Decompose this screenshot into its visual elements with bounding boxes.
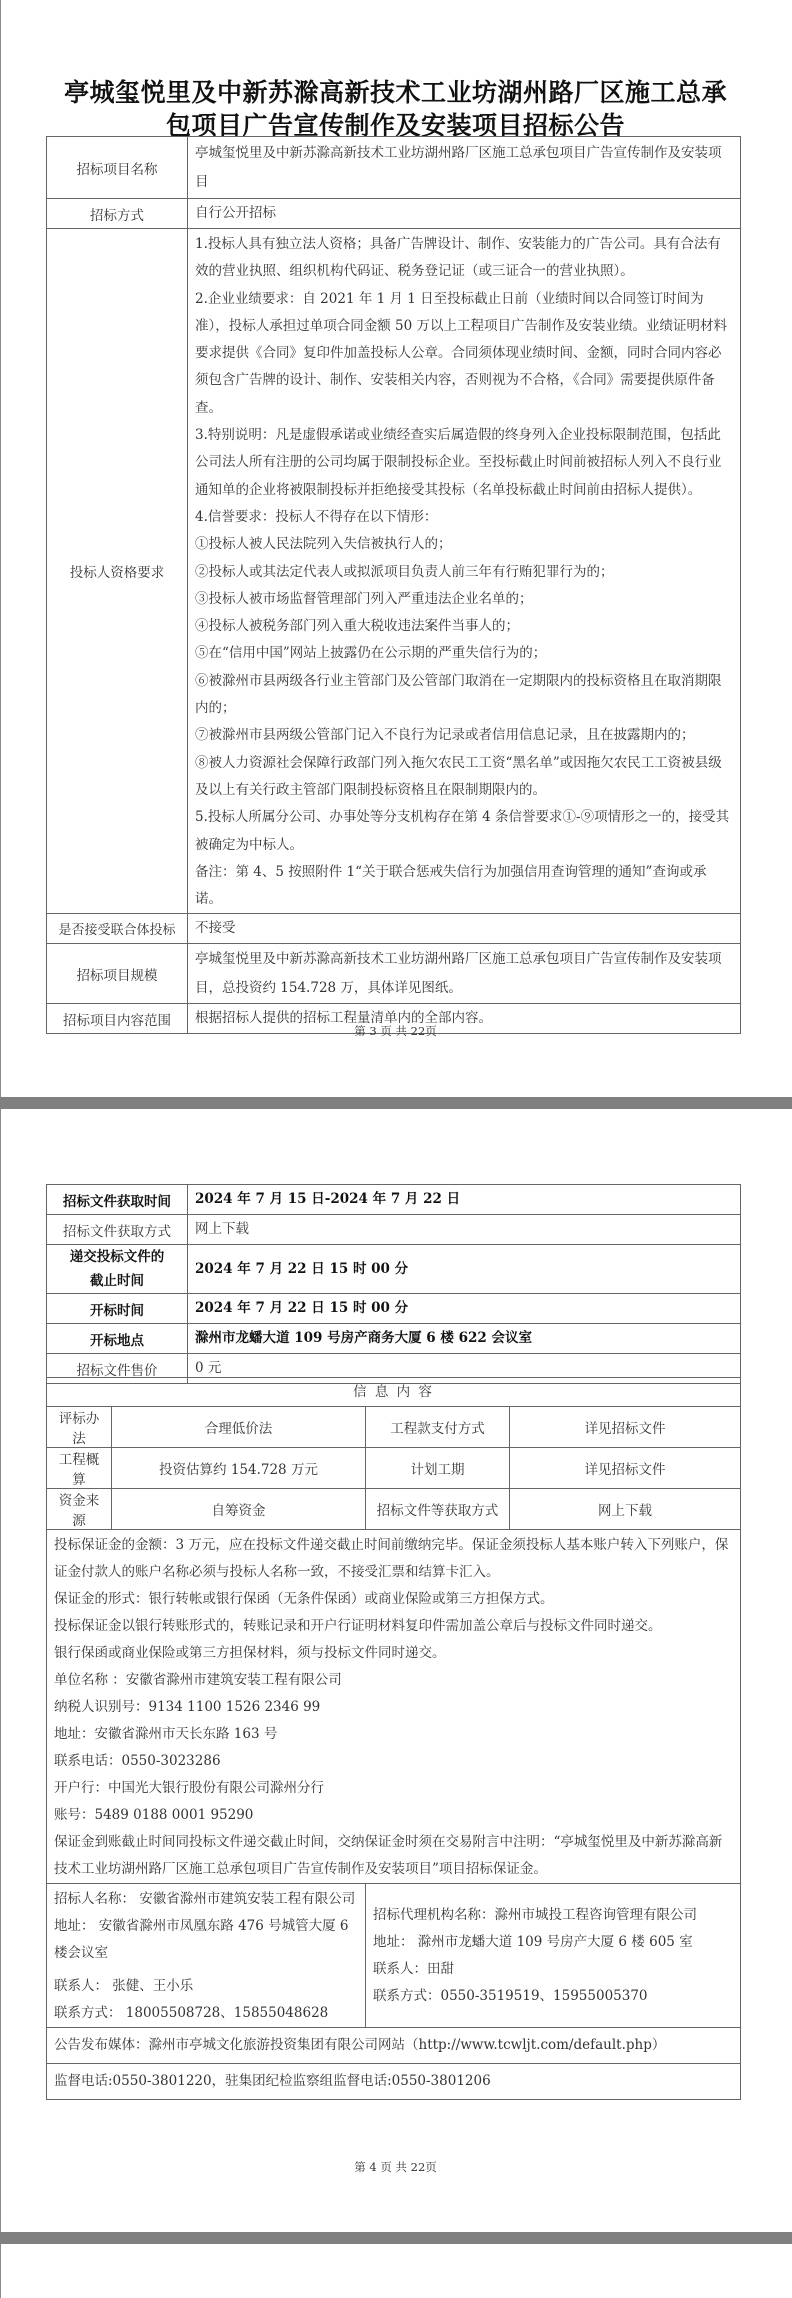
row-open-place: 开标地点 滁州市龙蟠大道 109 号房产商务大厦 6 楼 622 会议室	[47, 1324, 741, 1354]
deposit-guarantee: 银行保函或商业保险或第三方担保材料，须与投标文件同时递交。	[54, 1640, 733, 1667]
label-project-name: 招标项目名称	[47, 137, 188, 199]
row-doc-method: 招标文件获取方式 网上下载	[47, 1215, 741, 1245]
qual-sub-4: ④投标人被税务部门列入重大税收违法案件当事人的；	[195, 613, 733, 640]
value-open-time: 2024 年 7 月 22 日 15 时 00 分	[188, 1294, 741, 1324]
row-deadline: 递交投标文件的 截止时间 2024 年 7 月 22 日 15 时 00 分	[47, 1245, 741, 1294]
label-open-place: 开标地点	[47, 1324, 188, 1354]
page-number-4: 第 4 页 共 22页	[0, 2159, 791, 2175]
row-project-name: 招标项目名称 亭城玺悦里及中新苏滁高新技术工业坊湖州路厂区施工总承包项目广告宣传…	[47, 137, 741, 199]
value-open-place: 滁州市龙蟠大道 109 号房产商务大厦 6 楼 622 会议室	[188, 1324, 741, 1354]
deposit-note: 保证金到账截止时间同投标文件递交截止时间，交纳保证金时须在交易附言中注明：“亭城…	[54, 1829, 733, 1883]
value-project-name: 亭城玺悦里及中新苏滁高新技术工业坊湖州路厂区施工总承包项目广告宣传制作及安装项目	[188, 137, 741, 199]
deposit-info: 投标保证金的金额：3 万元，应在投标文件递交截止时间前缴纳完毕。保证金须投标人基…	[47, 1530, 741, 1884]
label-deadline-line1: 递交投标文件的	[49, 1245, 185, 1269]
tenderer-contact: 联系人： 张健、王小乐	[54, 1973, 358, 2000]
info-cell: 工程款支付方式	[366, 1407, 510, 1448]
label-method: 招标方式	[47, 199, 188, 229]
row-doc-time: 招标文件获取时间 2024 年 7 月 15 日-2024 年 7 月 22 日	[47, 1185, 741, 1215]
info-row-2: 工程概算 投资估算约 154.728 万元 计划工期 详见招标文件	[47, 1448, 741, 1489]
deposit-company: 单位名称 ：安徽省滁州市建筑安装工程有限公司	[54, 1667, 733, 1694]
agent-name: 招标代理机构名称：滁州市城投工程咨询管理有限公司	[373, 1902, 733, 1929]
deposit-account: 账号：5489 0188 0001 95290	[54, 1802, 733, 1829]
label-doc-time: 招标文件获取时间	[47, 1185, 188, 1215]
info-row-3: 资金来源 自筹资金 招标文件等获取方式 网上下载	[47, 1489, 741, 1530]
page-number-3: 第 3 页 共 22页	[0, 1023, 791, 1039]
qual-item-5: 5.投标人所属分公司、办事处等分支机构存在第 4 条信誉要求①-⑨项情形之一的，…	[195, 804, 733, 859]
deposit-phone: 联系电话：0550-3023286	[54, 1748, 733, 1775]
tender-schedule-table-p4: 招标文件获取时间 2024 年 7 月 15 日-2024 年 7 月 22 日…	[46, 1184, 741, 1384]
tenderer-info: 招标人名称： 安徽省滁州市建筑安装工程有限公司 地址： 安徽省滁州市凤凰东路 4…	[47, 1884, 366, 2028]
qual-item-3: 3.特别说明：凡是虚假承诺或业绩经查实后属造假的终身列入企业投标限制范围，包括此…	[195, 422, 733, 504]
tender-info-table-p3: 招标项目名称 亭城玺悦里及中新苏滁高新技术工业坊湖州路厂区施工总承包项目广告宣传…	[46, 136, 741, 1034]
info-content-table: 信 息 内 容 评标办法 合理低价法 工程款支付方式 详见招标文件 工程概算 投…	[46, 1377, 741, 2100]
page-left-edge	[0, 0, 1, 2298]
qual-item-4: 4.信誉要求：投标人不得存在以下情形：	[195, 504, 733, 531]
info-cell: 详见招标文件	[510, 1448, 741, 1489]
qual-sub-5: ⑤在“信用中国”网站上披露仍在公示期的严重失信行为的；	[195, 640, 733, 667]
info-row-1: 评标办法 合理低价法 工程款支付方式 详见招标文件	[47, 1407, 741, 1448]
agent-info: 招标代理机构名称：滁州市城投工程咨询管理有限公司 地址： 滁州市龙蟠大道 109…	[366, 1884, 741, 2028]
row-consortium: 是否接受联合体投标 不接受	[47, 914, 741, 944]
qual-item-1: 1.投标人具有独立法人资格；具备广告牌设计、制作、安装能力的广告公司。具有合法有…	[195, 231, 733, 286]
label-open-time: 开标时间	[47, 1294, 188, 1324]
deposit-form: 保证金的形式：银行转帐或银行保函（无条件保函）或商业保险或第三方担保方式。	[54, 1586, 733, 1613]
page-separator	[0, 1097, 792, 1109]
value-method: 自行公开招标	[188, 199, 741, 229]
agent-phone: 联系方式：0550-3519519、15955005370	[373, 1983, 733, 2010]
info-cell: 详见招标文件	[510, 1407, 741, 1448]
value-doc-method: 网上下载	[188, 1215, 741, 1245]
qual-sub-8: ⑧被人力资源社会保障行政部门列入拖欠农民工工资“黑名单”或因拖欠农民工工资被县级…	[195, 750, 733, 805]
supervision-phone: 监督电话:0550-3801220，驻集团纪检监察组监督电话:0550-3801…	[47, 2064, 741, 2100]
document-title-line1: 亭城玺悦里及中新苏滁高新技术工业坊湖州路厂区施工总承	[0, 76, 791, 109]
deposit-transfer: 投标保证金以银行转账形式的，转账记录和开户行证明材料复印件需加盖公章后与投标文件…	[54, 1613, 733, 1640]
info-cell: 资金来源	[47, 1489, 112, 1530]
value-scale: 亭城玺悦里及中新苏滁高新技术工业坊湖州路厂区施工总承包项目广告宣传制作及安装项目…	[188, 944, 741, 1004]
info-cell: 投资估算约 154.728 万元	[112, 1448, 366, 1489]
label-consortium: 是否接受联合体投标	[47, 914, 188, 944]
row-qualification: 投标人资格要求 1.投标人具有独立法人资格；具备广告牌设计、制作、安装能力的广告…	[47, 229, 741, 914]
agent-contact: 联系人：田甜	[373, 1956, 733, 1983]
info-cell: 计划工期	[366, 1448, 510, 1489]
qual-note: 备注：第 4、5 按照附件 1“关于联合惩戒失信行为加强信用查询管理的通知”查询…	[195, 859, 733, 914]
qual-item-2: 2.企业业绩要求：自 2021 年 1 月 1 日至投标截止日前（业绩时间以合同…	[195, 286, 733, 422]
info-cell: 招标文件等获取方式	[366, 1489, 510, 1530]
value-consortium: 不接受	[188, 914, 741, 944]
supervision-row: 监督电话:0550-3801220，驻集团纪检监察组监督电话:0550-3801…	[47, 2064, 741, 2100]
info-header: 信 息 内 容	[47, 1378, 741, 1407]
deposit-amount: 投标保证金的金额：3 万元，应在投标文件递交截止时间前缴纳完毕。保证金须投标人基…	[54, 1532, 733, 1586]
value-qualification: 1.投标人具有独立法人资格；具备广告牌设计、制作、安装能力的广告公司。具有合法有…	[188, 229, 741, 914]
deposit-bank: 开户行：中国光大银行股份有限公司滁州分行	[54, 1775, 733, 1802]
deposit-tax-id: 纳税人识别号：9134 1100 1526 2346 99	[54, 1694, 733, 1721]
deposit-address: 地址：安徽省滁州市天长东路 163 号	[54, 1721, 733, 1748]
info-cell: 自筹资金	[112, 1489, 366, 1530]
row-scale: 招标项目规模 亭城玺悦里及中新苏滁高新技术工业坊湖州路厂区施工总承包项目广告宣传…	[47, 944, 741, 1004]
qual-sub-3: ③投标人被市场监督管理部门列入严重违法企业名单的；	[195, 586, 733, 613]
tenderer-phone: 联系方式： 18005508728、15855048628	[54, 2000, 358, 2027]
contacts-row: 招标人名称： 安徽省滁州市建筑安装工程有限公司 地址： 安徽省滁州市凤凰东路 4…	[47, 1884, 741, 2028]
qual-sub-2: ②投标人或其法定代表人或拟派项目负责人前三年有行贿犯罪行为的；	[195, 559, 733, 586]
row-method: 招标方式 自行公开招标	[47, 199, 741, 229]
publication-media: 公告发布媒体：滁州市亭城文化旅游投资集团有限公司网站（http://www.tc…	[47, 2028, 741, 2064]
info-cell: 合理低价法	[112, 1407, 366, 1448]
label-deadline-line2: 截止时间	[49, 1269, 185, 1293]
label-qualification: 投标人资格要求	[47, 229, 188, 914]
label-doc-method: 招标文件获取方式	[47, 1215, 188, 1245]
tenderer-address: 地址： 安徽省滁州市凤凰东路 476 号城管大厦 6 楼会议室	[54, 1913, 358, 1967]
value-deadline: 2024 年 7 月 22 日 15 时 00 分	[188, 1245, 741, 1294]
info-cell: 工程概算	[47, 1448, 112, 1489]
agent-address: 地址： 滁州市龙蟠大道 109 号房产大厦 6 楼 605 室	[373, 1929, 733, 1956]
page-separator	[0, 2232, 792, 2244]
info-cell: 评标办法	[47, 1407, 112, 1448]
info-cell: 网上下载	[510, 1489, 741, 1530]
deposit-row: 投标保证金的金额：3 万元，应在投标文件递交截止时间前缴纳完毕。保证金须投标人基…	[47, 1530, 741, 1884]
tenderer-name: 招标人名称： 安徽省滁州市建筑安装工程有限公司	[54, 1886, 358, 1913]
qual-sub-6: ⑥被滁州市县两级各行业主管部门及公管部门取消在一定期限内的投标资格且在取消期限内…	[195, 668, 733, 723]
qual-sub-7: ⑦被滁州市县两级公管部门记入不良行为记录或者信用信息记录，且在披露期内的；	[195, 722, 733, 749]
qual-sub-1: ①投标人被人民法院列入失信被执行人的；	[195, 531, 733, 558]
info-header-row: 信 息 内 容	[47, 1378, 741, 1407]
label-scale: 招标项目规模	[47, 944, 188, 1004]
row-open-time: 开标时间 2024 年 7 月 22 日 15 时 00 分	[47, 1294, 741, 1324]
label-deadline: 递交投标文件的 截止时间	[47, 1245, 188, 1294]
value-doc-time: 2024 年 7 月 15 日-2024 年 7 月 22 日	[188, 1185, 741, 1215]
media-row: 公告发布媒体：滁州市亭城文化旅游投资集团有限公司网站（http://www.tc…	[47, 2028, 741, 2064]
